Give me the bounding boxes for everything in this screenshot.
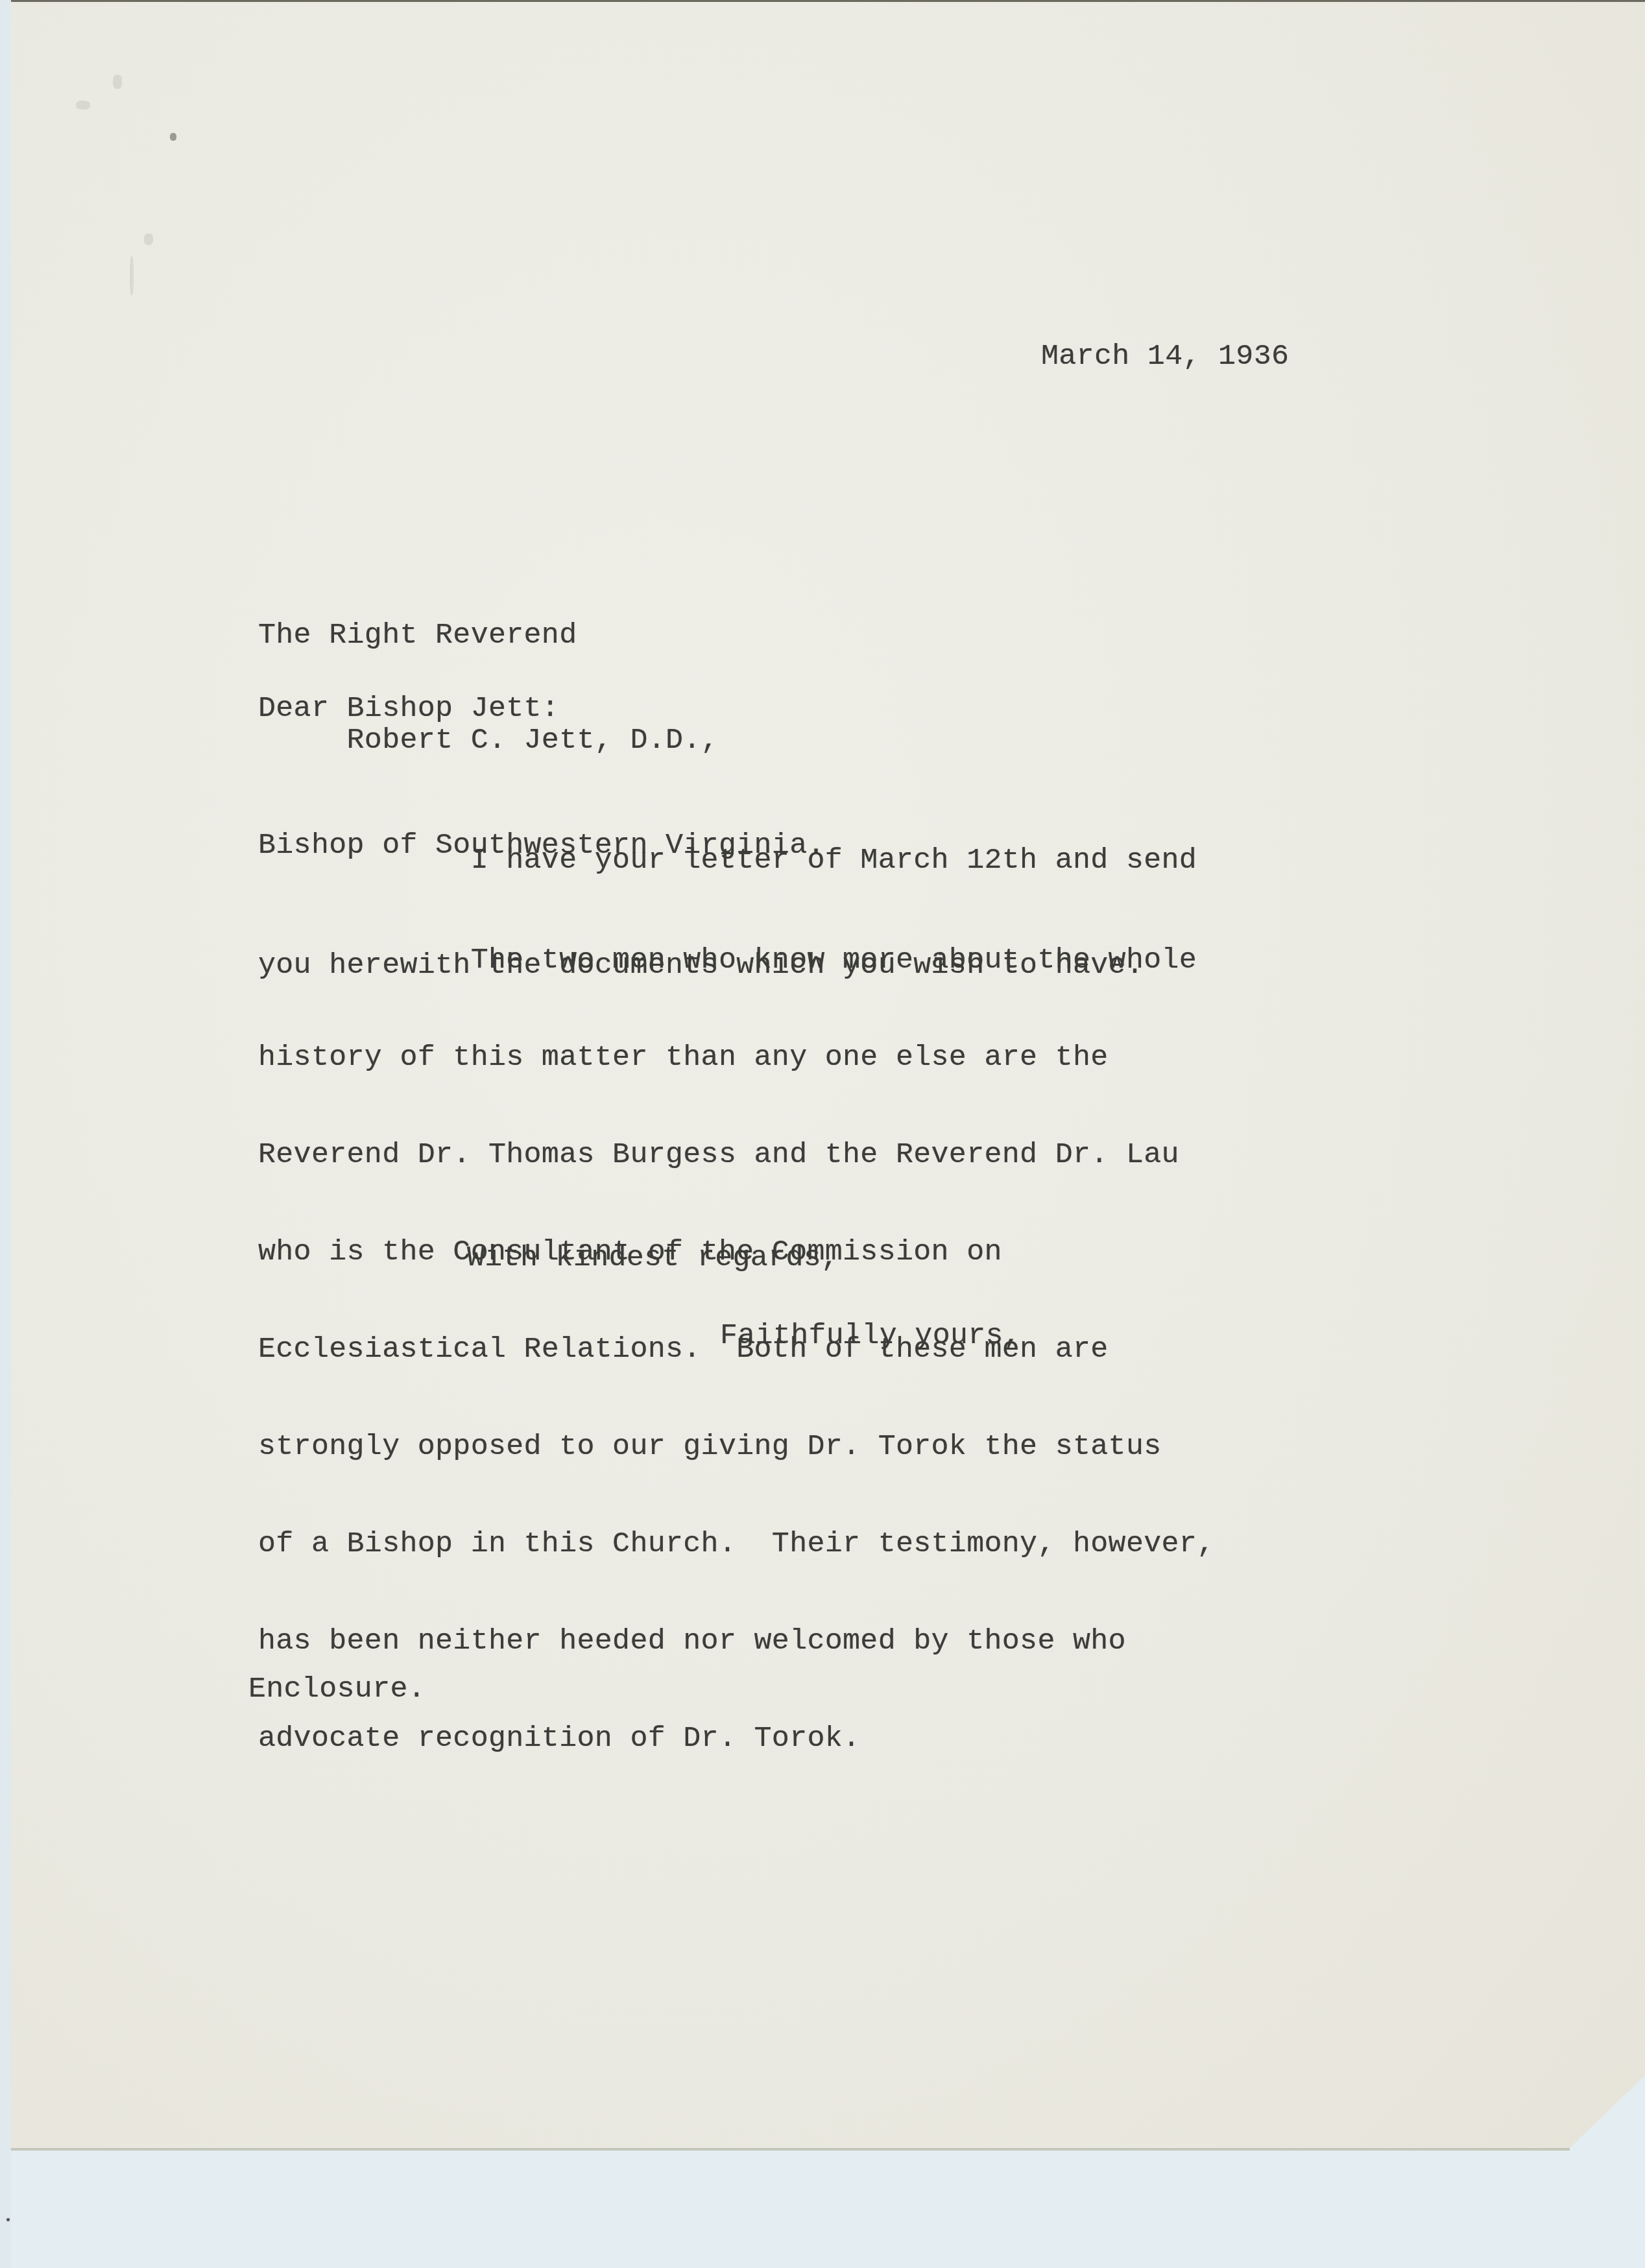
address-line-title: The Right Reverend bbox=[258, 618, 825, 653]
paragraph-line: of a Bishop in this Church. Their testim… bbox=[258, 1528, 1214, 1560]
letter-date: March 14, 1936 bbox=[1041, 340, 1289, 373]
paragraph-line: The two men who know more about the whol… bbox=[258, 944, 1214, 977]
enclosure-note: Enclosure. bbox=[248, 1673, 426, 1706]
scanner-dust-speck bbox=[6, 2218, 10, 2221]
paragraph-line: I have your letter of March 12th and sen… bbox=[258, 843, 1197, 878]
address-line-name: Robert C. Jett, D.D., bbox=[258, 723, 825, 758]
paper-crease-mark bbox=[130, 256, 134, 295]
scanner-bed-edge bbox=[0, 0, 11, 2268]
staple-hole-mark bbox=[113, 75, 122, 89]
paragraph-line: has been neither heeded nor welcomed by … bbox=[258, 1625, 1214, 1658]
closing-regards: With kindest regards, bbox=[467, 1242, 839, 1274]
paragraph-line: strongly opposed to our giving Dr. Torok… bbox=[258, 1431, 1214, 1463]
staple-hole-mark bbox=[144, 233, 153, 245]
paper-top-edge bbox=[11, 0, 1645, 2]
salutation: Dear Bishop Jett: bbox=[258, 693, 559, 725]
staple-hole-mark bbox=[76, 101, 90, 110]
valediction: Faithfully yours, bbox=[720, 1320, 1021, 1352]
paragraph-line: history of this matter than any one else… bbox=[258, 1042, 1214, 1074]
paragraph-line: Reverend Dr. Thomas Burgess and the Reve… bbox=[258, 1139, 1214, 1171]
paragraph-line: advocate recognition of Dr. Torok. bbox=[258, 1723, 1214, 1755]
ink-speck bbox=[170, 133, 176, 141]
